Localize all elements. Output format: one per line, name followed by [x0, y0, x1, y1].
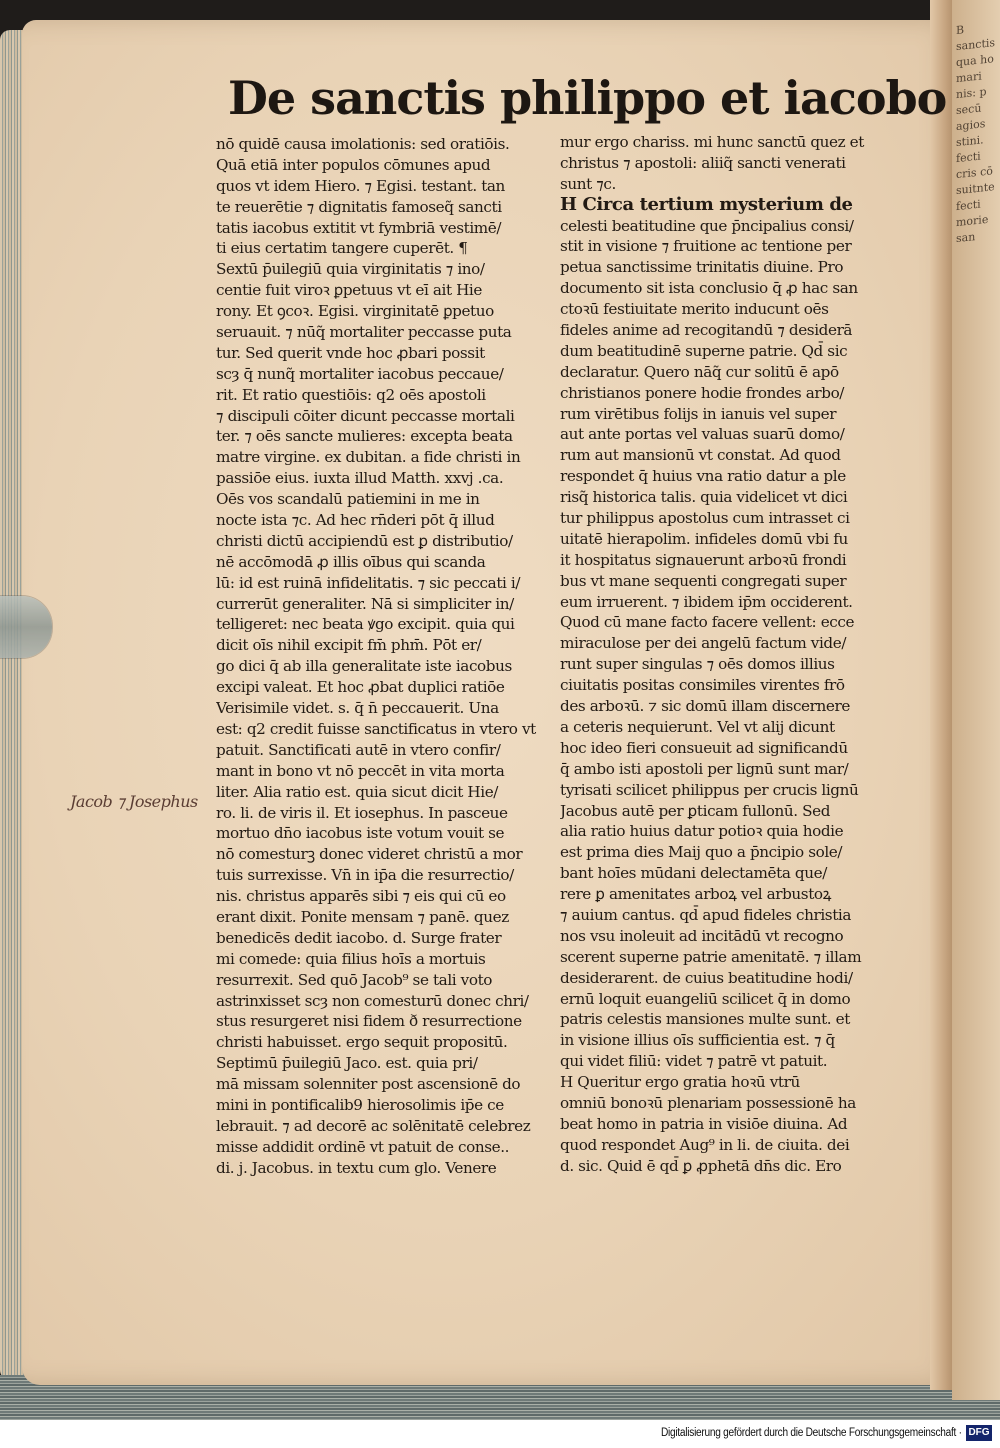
text-line: Septimū p̄uilegiū Jaco. est. quia pri/	[216, 1053, 556, 1074]
text-line: mortuo dn̄o iacobus iste votum vouit se	[216, 823, 556, 844]
text-line: sunt ⁊c.	[560, 174, 900, 195]
text-line: celesti beatitudine que p̄ncipalius cons…	[560, 216, 900, 237]
text-line: quos vt idem Hiero. ⁊ Egisi. testant. ta…	[216, 176, 556, 197]
text-line: mini in pontificalib9 hierosolimis ip̄e …	[216, 1095, 556, 1116]
text-line: dicit oīs nihil excipit fm̄ phm̄. Pōt er…	[216, 635, 556, 656]
text-line: rum virētibus folijs in ianuis vel super	[560, 404, 900, 425]
text-line: patris celestis mansiones multe sunt. et	[560, 1009, 900, 1030]
text-line: petua sanctissime trinitatis diuine. Pro	[560, 257, 900, 278]
text-line: rum aut mansionū vt constat. Ad quod	[560, 445, 900, 466]
text-line: Jacobus autē per ꝑticam fullonū. Sed	[560, 801, 900, 822]
text-line: christianos ponere hodie frondes arbo/	[560, 383, 900, 404]
text-line: patuit. Sanctificati autē in vtero confi…	[216, 740, 556, 761]
text-line: runt super singulas ⁊ oēs domos illius	[560, 654, 900, 675]
footer-bar: Digitalisierung gefördert durch die Deut…	[0, 1420, 1000, 1448]
text-line: stus resurgeret nisi fidem ð resurrectio…	[216, 1011, 556, 1032]
text-line: go dici q̄ ab illa generalitate iste iac…	[216, 656, 556, 677]
text-line: ro. li. de viris il. Et iosephus. In pas…	[216, 803, 556, 824]
book-page-edges-left	[0, 30, 24, 1380]
text-line: alia ratio huius datur potioꝛ quia hodie	[560, 821, 900, 842]
text-line: dum beatitudinē superne patrie. Qd̄ sic	[560, 341, 900, 362]
text-line: ti eius certatim tangere cuperēt. ¶	[216, 238, 556, 259]
text-line: lebrauit. ⁊ ad decorē ac solēnitatē cele…	[216, 1116, 556, 1137]
text-line: ter. ⁊ oēs sancte mulieres: excepta beat…	[216, 426, 556, 447]
recto-page-edge: B sanctis qua ho mari nis: p secū agios …	[952, 0, 1000, 1400]
text-line: scȝ q̄ nunq̃ mortaliter iacobus peccaue/	[216, 364, 556, 385]
text-line: di. j. Jacobus. in textu cum glo. Venere	[216, 1158, 556, 1179]
text-line: bus vt mane sequenti congregati super	[560, 571, 900, 592]
text-line: rit. Et ratio questiōis: q2 oēs apostoli	[216, 385, 556, 406]
text-line: nos vsu inoleuit ad incitādū vt recogno	[560, 926, 900, 947]
text-line: mā missam solenniter post ascensionē do	[216, 1074, 556, 1095]
funding-credit: Digitalisierung gefördert durch die Deut…	[661, 1427, 962, 1439]
text-line: ⁊ discipuli cōiter dicunt peccasse morta…	[216, 406, 556, 427]
scanned-page-image: B sanctis qua ho mari nis: p secū agios …	[0, 0, 1000, 1420]
text-line: christi dictū accipiendū est ꝑ distribut…	[216, 531, 556, 552]
text-line: matre virgine. ex dubitan. a fide christ…	[216, 447, 556, 468]
text-column-right: mur ergo chariss. mi hunc sanctū quez et…	[560, 132, 900, 1177]
text-line: nocte ista ⁊c. Ad hec rn̄deri pōt q̄ ill…	[216, 510, 556, 531]
text-line: Oēs vos scandalū patiemini in me in	[216, 489, 556, 510]
text-line: telligeret: nec beata ꝟgo excipit. quia …	[216, 614, 556, 635]
text-line: tyrisati scilicet philippus per crucis l…	[560, 780, 900, 801]
text-line: christus ⁊ apostoli: aliiq̃ sancti vener…	[560, 153, 900, 174]
text-line: misse addidit ordinē vt patuit de conse.…	[216, 1137, 556, 1158]
text-line: Quā etiā inter populos cōmunes apud	[216, 155, 556, 176]
text-line: nō comesturꝫ donec videret christū a mor	[216, 844, 556, 865]
text-line: omniū bonoꝛū plenariam possessionē ha	[560, 1093, 900, 1114]
text-line: q̄ ambo isti apostoli per lignū sunt mar…	[560, 759, 900, 780]
text-line: mi comede: quia filius hoīs a mortuis	[216, 949, 556, 970]
text-line: fideles anime ad recogitandū ⁊ desiderā	[560, 320, 900, 341]
text-line: mant in bono vt nō peccēt in vita morta	[216, 761, 556, 782]
book-gutter	[930, 0, 952, 1390]
text-line: rere ꝑ amenitates arboꝝ vel arbustoꝝ	[560, 884, 900, 905]
text-line: eum irruerent. ⁊ ibidem ip̄m occiderent.	[560, 592, 900, 613]
text-line: documento sit ista conclusio q̄ ꝓ hac sa…	[560, 278, 900, 299]
text-line: mur ergo chariss. mi hunc sanctū quez et	[560, 132, 900, 153]
text-line: te reuerētie ⁊ dignitatis famoseq̃ sanct…	[216, 197, 556, 218]
text-line: declaratur. Quero nāq̃ cur solitū ē apō	[560, 362, 900, 383]
text-line: liter. Alia ratio est. quia sicut dicit …	[216, 782, 556, 803]
text-line: ctoꝛū festiuitate merito inducunt oēs	[560, 299, 900, 320]
text-line: resurrexit. Sed quō Jacob⁹ se tali voto	[216, 970, 556, 991]
text-line: est prima dies Maij quo a p̄ncipio sole/	[560, 842, 900, 863]
text-line: beat homo in patria in visiōe diuina. Ad	[560, 1114, 900, 1135]
text-line: scerent superne patrie amenitatē. ⁊ illa…	[560, 947, 900, 968]
text-line: rony. Et ꝯcoꝛ. Egisi. virginitatē ꝑpetuo	[216, 301, 556, 322]
text-line: astrinxisset scȝ non comesturū donec chr…	[216, 991, 556, 1012]
text-line: bant hoīes mūdani delectamēta que/	[560, 863, 900, 884]
text-line: seruauit. ⁊ nūq̃ mortaliter peccasse put…	[216, 322, 556, 343]
text-line: benedicēs dedit iacobo. d. Surge frater	[216, 928, 556, 949]
dfg-logo-icon: DFG	[966, 1425, 992, 1441]
text-line: desiderarent. de cuius beatitudine hodi/	[560, 968, 900, 989]
text-line: tuis surrexisse. Vn̄ in ip̄a die resurre…	[216, 865, 556, 886]
text-line: miraculose per dei angelū factum vide/	[560, 633, 900, 654]
text-line: nē accōmodā ꝓ illis oībus qui scanda	[216, 552, 556, 573]
text-line: est: q2 credit fuisse sanctificatus in v…	[216, 719, 556, 740]
text-line: uitatē hierapolim. infideles domū vbi fu	[560, 529, 900, 550]
text-line: H Queritur ergo gratia hoꝛū vtrū	[560, 1072, 900, 1093]
text-line: d. sic. Quid ē qd̄ ꝑ ꝓphetā dn̄s dic. Er…	[560, 1156, 900, 1177]
text-line: H Circa tertium mysterium de	[560, 195, 900, 216]
text-line: centie fuit viroꝛ ꝑpetuus vt eī ait Hie	[216, 280, 556, 301]
text-line: aut ante portas vel valuas suarū domo/	[560, 424, 900, 445]
text-line: ernū loquit euangeliū scilicet q̄ in dom…	[560, 989, 900, 1010]
text-line: des arboꝛū. ⁊ sic domū illam discernere	[560, 696, 900, 717]
text-line: risq̃ historica talis. quia videlicet vt…	[560, 487, 900, 508]
text-line: quod respondet Aug⁹ in li. de ciuita. de…	[560, 1135, 900, 1156]
handwritten-marginal-note: Jacob ⁊ Josephus	[70, 792, 198, 811]
text-line: stit in visione ⁊ fruitione ac tentione …	[560, 236, 900, 257]
text-line: hoc ideo fieri consueuit ad significandū	[560, 738, 900, 759]
recto-bleed-text: B sanctis qua ho mari nis: p secū agios …	[956, 17, 1000, 247]
text-line: ciuitatis positas consimiles virentes fr…	[560, 675, 900, 696]
text-line: ⁊ auium cantus. qd̄ apud fideles christi…	[560, 905, 900, 926]
text-line: lū: id est ruinā infidelitatis. ⁊ sic pe…	[216, 573, 556, 594]
text-line: Verisimile videt. s. q̄ n̄ peccauerit. U…	[216, 698, 556, 719]
text-line: in visione illius oīs sufficientia est. …	[560, 1030, 900, 1051]
text-line: Quod cū mane facto facere vellent: ecce	[560, 612, 900, 633]
text-line: respondet q̄ huius vna ratio datur a ple	[560, 466, 900, 487]
text-line: tatis iacobus extitit vt fymbriā vestimē…	[216, 218, 556, 239]
text-line: tur. Sed querit vnde hoc ꝓbari possit	[216, 343, 556, 364]
text-line: christi habuisset. ergo sequit propositū…	[216, 1032, 556, 1053]
text-line: erant dixit. Ponite mensam ⁊ panē. quez	[216, 907, 556, 928]
text-line: currerūt generaliter. Nā si simpliciter …	[216, 594, 556, 615]
text-line: tur philippus apostolus cum intrasset ci	[560, 508, 900, 529]
page-title: De sanctis philippo et iacobo	[228, 70, 868, 126]
text-column-left: nō quidē causa imolationis: sed oratiōis…	[216, 134, 556, 1179]
text-line: excipi valeat. Et hoc ꝓbat duplici ratiō…	[216, 677, 556, 698]
text-line: a ceteris nequierunt. Vel vt alij dicunt	[560, 717, 900, 738]
text-line: nō quidē causa imolationis: sed oratiōis…	[216, 134, 556, 155]
text-line: passiōe eius. iuxta illud Matth. xxvj .c…	[216, 468, 556, 489]
text-line: nis. christus apparēs sibi ⁊ eis qui cū …	[216, 886, 556, 907]
text-line: qui videt filiū: videt ⁊ patrē vt patuit…	[560, 1051, 900, 1072]
text-line: it hospitatus signauerunt arboꝛū frondi	[560, 550, 900, 571]
text-line: Sextū p̄uilegiū quia virginitatis ⁊ ino/	[216, 259, 556, 280]
